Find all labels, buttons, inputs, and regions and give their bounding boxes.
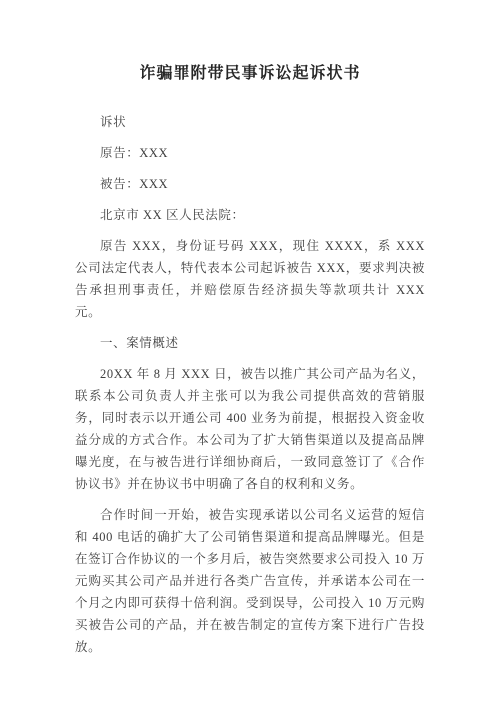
paragraph-court-address: 北京市 XX 区人民法院： [75,204,425,226]
document-page: 诈骗罪附带民事诉讼起诉状书 诉状 原告：XXX 被告：XXX 北京市 XX 区人… [0,0,500,707]
paragraph-su-zhuang: 诉状 [75,111,425,133]
paragraph-claim-summary: 原告 XXX，身份证号码 XXX，现住 XXXX，系 XXX 公司法定代表人，特… [75,235,425,323]
paragraph-case-overview-2: 合作时间一开始，被告实现承诺以公司名义运营的短信和 400 电话的确扩大了公司销… [75,504,425,658]
paragraph-defendant: 被告：XXX [75,173,425,195]
paragraph-plaintiff: 原告：XXX [75,142,425,164]
paragraph-case-overview-1: 20XX 年 8 月 XXX 日，被告以推广其公司产品为名义，联系本公司负责人并… [75,363,425,495]
document-title: 诈骗罪附带民事诉讼起诉状书 [75,62,425,86]
paragraph-section-heading-case-overview: 一、案情概述 [75,332,425,354]
document-body: 诉状 原告：XXX 被告：XXX 北京市 XX 区人民法院： 原告 XXX，身份… [75,111,425,658]
